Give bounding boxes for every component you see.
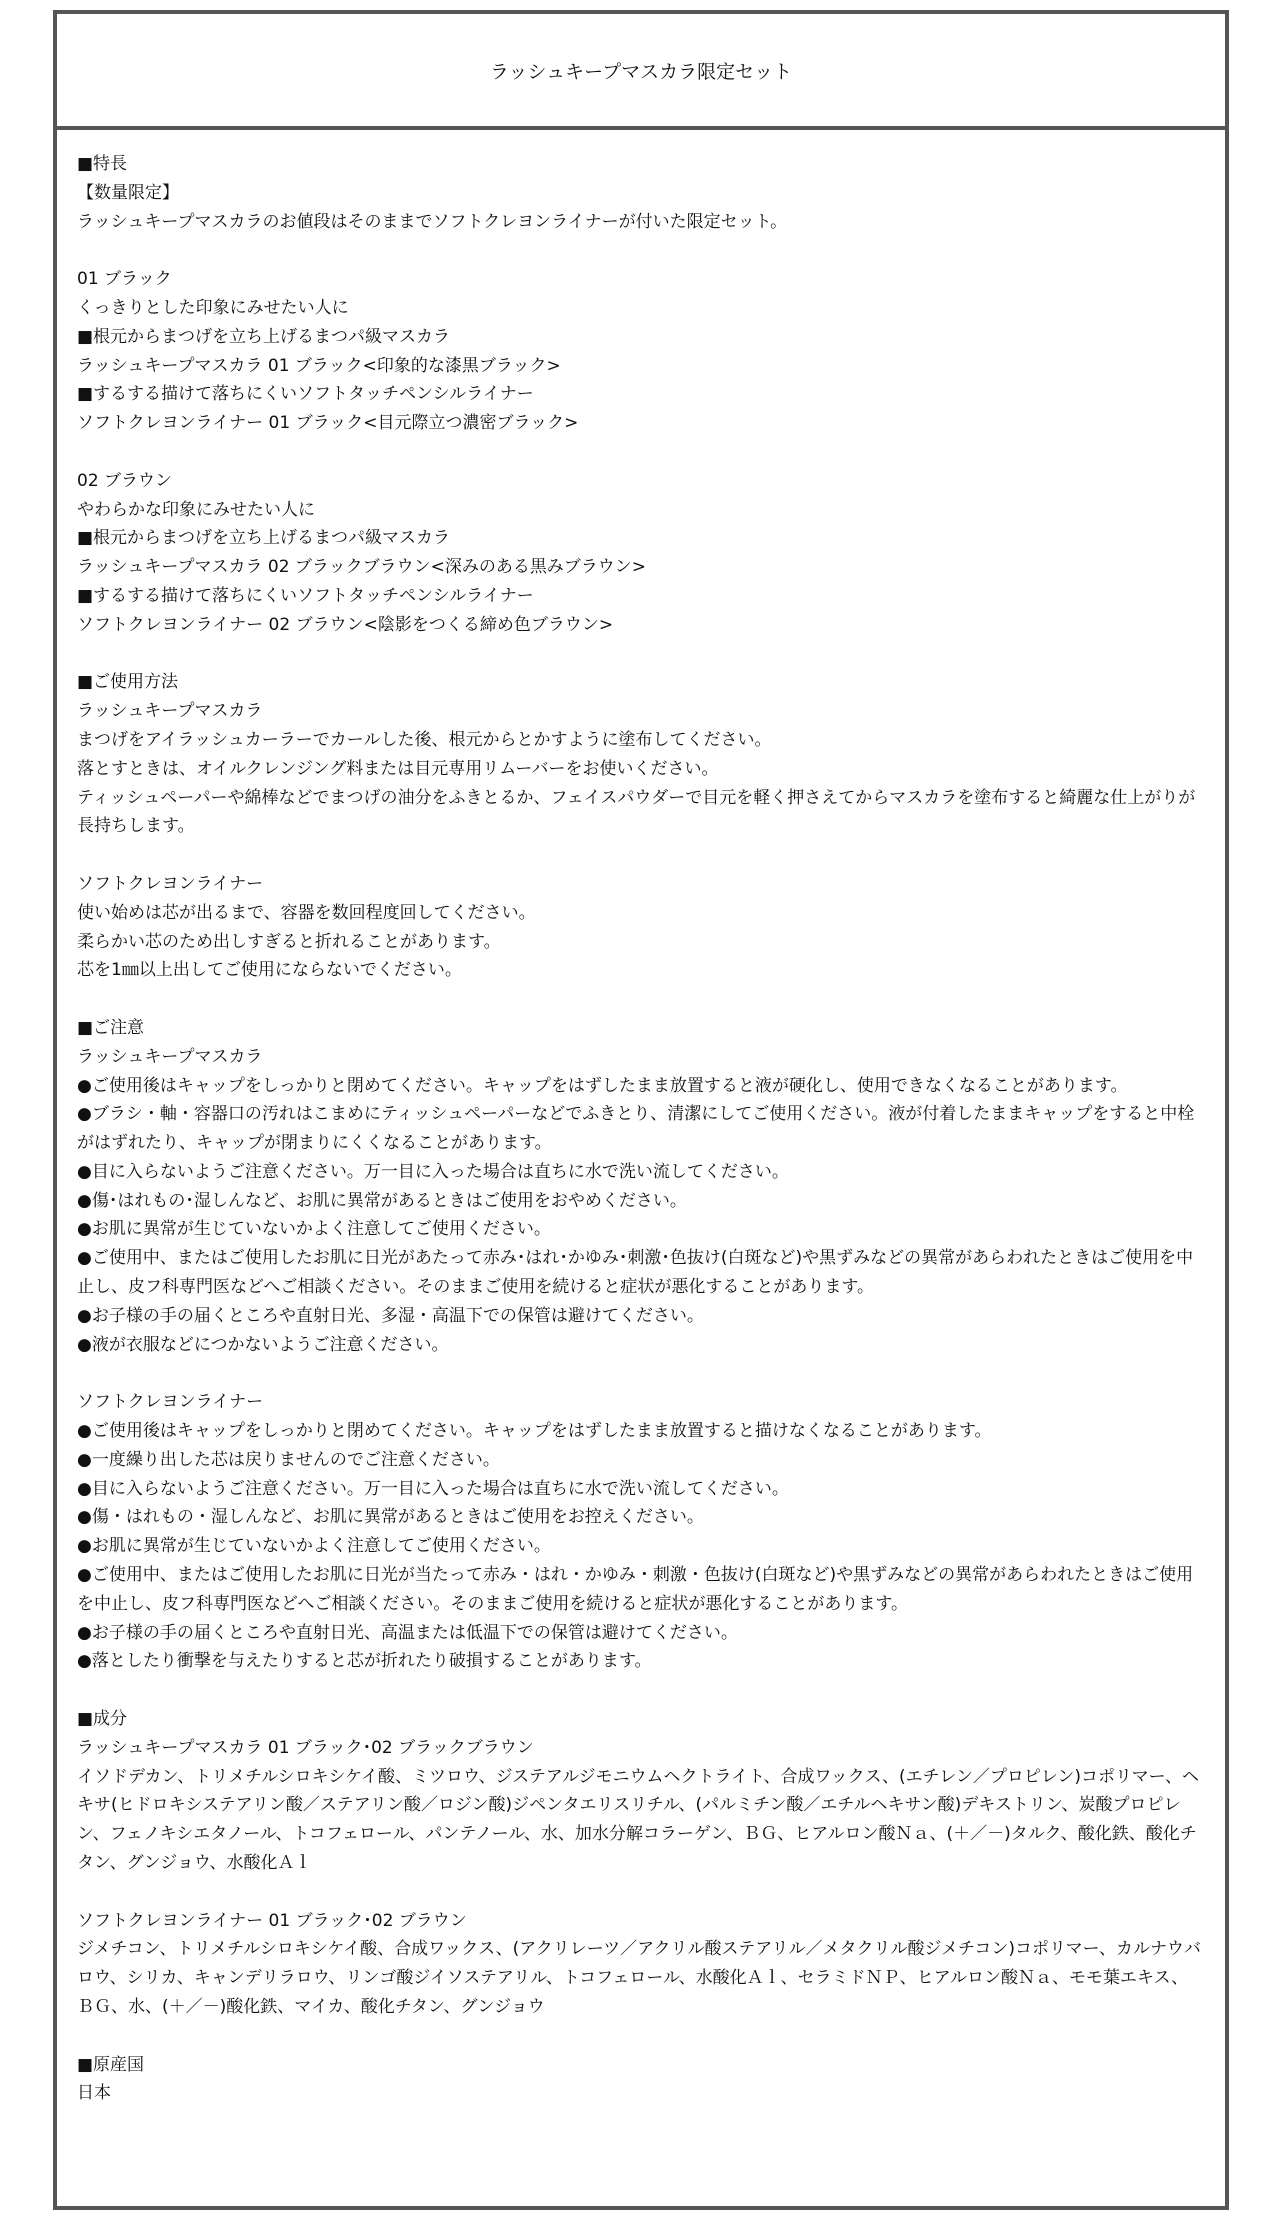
product-info-table: ラッシュキープマスカラ限定セット ■特長 【数量限定】 ラッシュキープマスカラの…	[53, 10, 1229, 2210]
limited-quantity-label: 【数量限定】	[77, 179, 1205, 208]
cautions-section: ■ご注意 ラッシュキープマスカラ ●ご使用後はキャップをしっかりと閉めてください…	[77, 1014, 1205, 1676]
spacer	[77, 841, 1205, 870]
usage-liner-text: 使い始めは芯が出るまで、容器を数回程度回してください。	[77, 899, 1205, 928]
caution-item: ●お子様の手の届くところや直射日光、多湿・高温下での保管は避けてください。	[77, 1302, 1205, 1331]
liner-subheading: ■するする描けて落ちにくいソフトタッチペンシルライナー	[77, 582, 1205, 611]
caution-item: ●ご使用中、またはご使用したお肌に日光があたって赤み･はれ･かゆみ･刺激･色抜け…	[77, 1244, 1205, 1302]
origin-section: ■原産国 日本	[77, 2051, 1205, 2109]
variant-black-title: 01 ブラック	[77, 265, 1205, 294]
spacer	[77, 985, 1205, 1014]
origin-value: 日本	[77, 2079, 1205, 2108]
usage-section: ■ご使用方法 ラッシュキープマスカラ まつげをアイラッシュカーラーでカールした後…	[77, 668, 1205, 985]
ingredients-heading: ■成分	[77, 1705, 1205, 1734]
product-title: ラッシュキープマスカラ限定セット	[490, 57, 792, 84]
caution-item: ●傷･はれもの･湿しんなど、お肌に異常があるときはご使用をおやめください。	[77, 1187, 1205, 1216]
variant-brown-title: 02 ブラウン	[77, 467, 1205, 496]
features-section: ■特長 【数量限定】 ラッシュキープマスカラのお値段はそのままでソフトクレヨンラ…	[77, 150, 1205, 236]
cautions-heading: ■ご注意	[77, 1014, 1205, 1043]
variant-black-tagline: くっきりとした印象にみせたい人に	[77, 294, 1205, 323]
usage-mascara-text: まつげをアイラッシュカーラーでカールした後、根元からとかすように塗布してください…	[77, 726, 1205, 755]
usage-liner-name: ソフトクレヨンライナー	[77, 870, 1205, 899]
caution-item: ●ご使用後はキャップをしっかりと閉めてください。キャップをはずしたまま放置すると…	[77, 1072, 1205, 1101]
ingredients-mascara-name: ラッシュキープマスカラ 01 ブラック･02 ブラックブラウン	[77, 1734, 1205, 1763]
spacer	[77, 640, 1205, 669]
caution-item: ●落としたり衝撃を与えたりすると芯が折れたり破損することがあります。	[77, 1647, 1205, 1676]
features-heading: ■特長	[77, 150, 1205, 179]
ingredients-liner-name: ソフトクレヨンライナー 01 ブラック･02 ブラウン	[77, 1907, 1205, 1936]
caution-item: ●お肌に異常が生じていないかよく注意してご使用ください。	[77, 1215, 1205, 1244]
liner-subheading: ■するする描けて落ちにくいソフトタッチペンシルライナー	[77, 380, 1205, 409]
caution-item: ●傷・はれもの・湿しんなど、お肌に異常があるときはご使用をお控えください。	[77, 1503, 1205, 1532]
caution-item: ●目に入らないようご注意ください。万一目に入った場合は直ちに水で洗い流してくださ…	[77, 1158, 1205, 1187]
usage-mascara-text: ティッシュペーパーや綿棒などでまつげの油分をふきとるか、フェイスパウダーで目元を…	[77, 784, 1205, 842]
spacer	[77, 1878, 1205, 1907]
features-text: ラッシュキープマスカラのお値段はそのままでソフトクレヨンライナーが付いた限定セッ…	[77, 208, 1205, 237]
usage-liner-text: 柔らかい芯のため出しすぎると折れることがあります。	[77, 928, 1205, 957]
mascara-subheading: ■根元からまつげを立ち上げるまつパ級マスカラ	[77, 524, 1205, 553]
caution-item: ●ご使用後はキャップをしっかりと閉めてください。キャップをはずしたまま放置すると…	[77, 1417, 1205, 1446]
spacer	[77, 1359, 1205, 1388]
usage-heading: ■ご使用方法	[77, 668, 1205, 697]
variant-black-section: 01 ブラック くっきりとした印象にみせたい人に ■根元からまつげを立ち上げるま…	[77, 265, 1205, 438]
cautions-liner-name: ソフトクレヨンライナー	[77, 1388, 1205, 1417]
spacer	[77, 438, 1205, 467]
usage-mascara-name: ラッシュキープマスカラ	[77, 697, 1205, 726]
caution-item: ●お子様の手の届くところや直射日光、高温または低温下での保管は避けてください。	[77, 1619, 1205, 1648]
liner-shade: ソフトクレヨンライナー 02 ブラウン<陰影をつくる締め色ブラウン>	[77, 611, 1205, 640]
origin-heading: ■原産国	[77, 2051, 1205, 2080]
caution-item: ●ブラシ・軸・容器口の汚れはこまめにティッシュペーパーなどでふきとり、清潔にして…	[77, 1100, 1205, 1158]
caution-item: ●液が衣服などにつかないようご注意ください。	[77, 1331, 1205, 1360]
usage-mascara-text: 落とすときは、オイルクレンジング料または目元専用リムーバーをお使いください。	[77, 755, 1205, 784]
ingredients-mascara-list: イソドデカン、トリメチルシロキシケイ酸、ミツロウ、ジステアルジモニウムヘクトライ…	[77, 1763, 1205, 1878]
mascara-shade: ラッシュキープマスカラ 02 ブラックブラウン<深みのある黒みブラウン>	[77, 553, 1205, 582]
usage-liner-text: 芯を1㎜以上出してご使用にならないでください。	[77, 956, 1205, 985]
ingredients-liner-list: ジメチコン、トリメチルシロキシケイ酸、合成ワックス、(アクリレーツ／アクリル酸ス…	[77, 1935, 1205, 2021]
caution-item: ●一度繰り出した芯は戻りませんのでご注意ください。	[77, 1446, 1205, 1475]
caution-item: ●ご使用中、またはご使用したお肌に日光が当たって赤み・はれ・かゆみ・刺激・色抜け…	[77, 1561, 1205, 1619]
product-description: ■特長 【数量限定】 ラッシュキープマスカラのお値段はそのままでソフトクレヨンラ…	[57, 130, 1225, 2108]
liner-shade: ソフトクレヨンライナー 01 ブラック<目元際立つ濃密ブラック>	[77, 409, 1205, 438]
caution-item: ●お肌に異常が生じていないかよく注意してご使用ください。	[77, 1532, 1205, 1561]
mascara-shade: ラッシュキープマスカラ 01 ブラック<印象的な漆黒ブラック>	[77, 352, 1205, 381]
spacer	[77, 1676, 1205, 1705]
variant-brown-section: 02 ブラウン やわらかな印象にみせたい人に ■根元からまつげを立ち上げるまつパ…	[77, 467, 1205, 640]
spacer	[77, 236, 1205, 265]
caution-item: ●目に入らないようご注意ください。万一目に入った場合は直ちに水で洗い流してくださ…	[77, 1475, 1205, 1504]
spacer	[77, 2022, 1205, 2051]
title-bar: ラッシュキープマスカラ限定セット	[57, 14, 1225, 130]
ingredients-section: ■成分 ラッシュキープマスカラ 01 ブラック･02 ブラックブラウン イソドデ…	[77, 1705, 1205, 2022]
variant-brown-tagline: やわらかな印象にみせたい人に	[77, 496, 1205, 525]
mascara-subheading: ■根元からまつげを立ち上げるまつパ級マスカラ	[77, 323, 1205, 352]
cautions-mascara-name: ラッシュキープマスカラ	[77, 1043, 1205, 1072]
